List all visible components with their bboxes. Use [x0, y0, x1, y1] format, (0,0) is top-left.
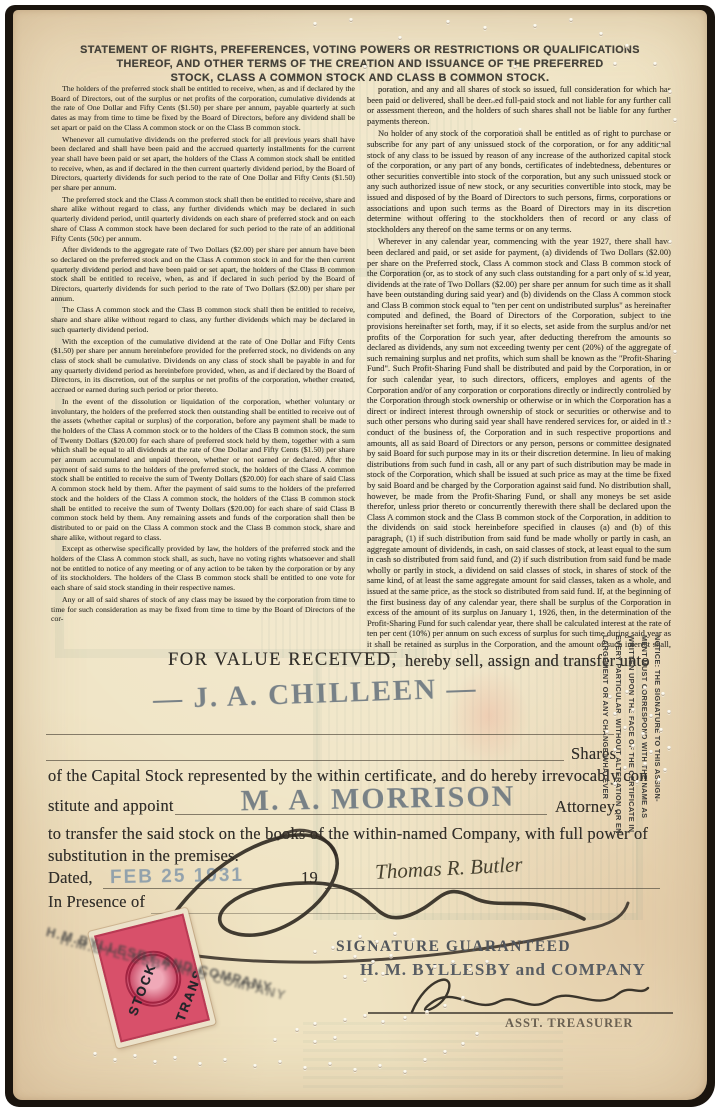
punch-hole: [363, 65, 367, 69]
punch-hole: [353, 955, 357, 959]
punch-hole: [569, 18, 573, 22]
punch-hole: [198, 1062, 202, 1066]
punch-hole: [273, 1038, 277, 1042]
legal-paragraph: After dividends to the aggregate rate of…: [51, 245, 355, 303]
punch-hole: [661, 310, 665, 314]
statement-header-line1: STATEMENT OF RIGHTS, PREFERENCES, VOTING…: [73, 43, 647, 57]
notice-line: LARGEMENT OR ANY CHANGE WHATEVER: [599, 635, 612, 875]
punch-hole: [665, 420, 669, 424]
punch-hole: [663, 768, 667, 772]
punch-hole: [313, 1022, 317, 1026]
punch-hole: [343, 975, 347, 979]
punch-hole: [331, 946, 335, 950]
punch-hole: [411, 938, 415, 942]
punch-hole: [358, 935, 362, 939]
assignment-notice: NOTICE: THE SIGNATURE TO THIS ASSIGN-MEN…: [598, 635, 664, 875]
punch-hole: [381, 1020, 385, 1024]
punch-hole: [343, 1018, 347, 1022]
punch-hole: [113, 1058, 117, 1062]
punch-hole: [613, 748, 617, 752]
legal-paragraph: With the exception of the cumulative div…: [51, 337, 355, 395]
punch-hole: [461, 996, 465, 1000]
punch-hole: [93, 1052, 97, 1056]
legal-paragraph: Any or all of said shares of stock of an…: [51, 595, 355, 624]
right-column: poration, and any and all shares of stoc…: [367, 84, 671, 650]
legal-paragraph: Whenever all cumulative dividends on the…: [51, 135, 355, 193]
punch-hole: [625, 690, 629, 694]
punch-hole: [631, 744, 635, 748]
punch-hole: [673, 118, 677, 122]
statement-header: STATEMENT OF RIGHTS, PREFERENCES, VOTING…: [73, 43, 647, 85]
punch-hole: [643, 686, 647, 690]
legal-paragraph: No holder of any stock of the corporatio…: [367, 128, 671, 234]
punch-hole: [433, 965, 437, 969]
punch-hole: [333, 1036, 337, 1040]
punch-hole: [653, 210, 657, 214]
punch-hole: [483, 26, 487, 30]
punch-hole: [605, 730, 609, 734]
punch-hole: [599, 32, 603, 36]
punch-hole: [389, 954, 393, 958]
legal-paragraph: Except as otherwise specifically provide…: [51, 544, 355, 593]
punch-hole: [649, 385, 653, 389]
legal-paragraph: In the event of the dissolution or liqui…: [51, 397, 355, 543]
punch-hole: [278, 1060, 282, 1064]
legal-paragraph: The holders of the preferred stock shall…: [51, 84, 355, 133]
left-column: The holders of the preferred stock shall…: [51, 84, 355, 650]
punch-hole: [668, 240, 672, 244]
punch-hole: [667, 710, 671, 714]
punch-hole: [643, 762, 647, 766]
punch-hole: [659, 728, 663, 732]
punch-hole: [658, 144, 662, 148]
notice-line: WRITTEN UPON THE FACE OF THE CERTIFICATE…: [625, 635, 638, 875]
punch-hole: [398, 36, 402, 40]
punch-hole: [403, 1070, 407, 1074]
punch-hole: [608, 695, 612, 699]
asst-treasurer-label: ASST. TREASURER: [505, 1016, 633, 1031]
punch-hole: [468, 968, 472, 972]
punch-hole: [223, 1058, 227, 1062]
punch-hole: [631, 708, 635, 712]
punch-hole: [613, 712, 617, 716]
punch-hole: [623, 766, 627, 770]
punch-hole: [643, 272, 647, 276]
writing-line: [46, 734, 614, 735]
punch-hole: [485, 960, 489, 964]
notice-line: NOTICE: THE SIGNATURE TO THIS ASSIGN-: [651, 635, 664, 875]
punch-hole: [173, 1056, 177, 1060]
punch-hole: [446, 20, 450, 24]
punch-hole: [649, 750, 653, 754]
punch-hole: [657, 778, 661, 782]
punch-hole: [443, 1004, 447, 1008]
signature-guaranteed-label: SIGNATURE GUARANTEED: [336, 938, 571, 956]
punch-hole: [613, 62, 617, 66]
punch-hole: [133, 1054, 137, 1058]
punch-hole: [623, 726, 627, 730]
punch-hole: [461, 1042, 465, 1046]
punch-hole: [295, 1028, 299, 1032]
punch-hole: [425, 1010, 429, 1014]
punch-hole: [625, 44, 629, 48]
punch-hole: [363, 1014, 367, 1018]
punch-hole: [153, 1060, 157, 1064]
legal-paragraph: The Class A common stock and the Class B…: [51, 305, 355, 334]
notice-line: EVERY PARTICULAR, WITHOUT ALTERATION OR …: [612, 635, 625, 875]
punch-hole: [613, 782, 617, 786]
punch-hole: [653, 62, 657, 66]
certificate-back: STATEMENT OF RIGHTS, PREFERENCES, VOTING…: [13, 10, 707, 1100]
statement-header-line2: THEREOF, AND OTHER TERMS OF THE CREATION…: [73, 57, 647, 71]
punch-hole: [313, 22, 317, 26]
punch-hole: [451, 960, 455, 964]
for-value-received-label: FOR VALUE RECEIVED,: [168, 650, 398, 671]
punch-hole: [635, 780, 639, 784]
punch-hole: [253, 1064, 257, 1068]
guarantee-signature-line: [368, 1012, 673, 1014]
punch-hole: [349, 18, 353, 22]
writing-line: [46, 760, 564, 761]
writing-line: [339, 652, 397, 653]
punch-hole: [518, 128, 522, 132]
punch-hole: [303, 1066, 307, 1070]
punch-hole: [375, 940, 379, 944]
punch-hole: [475, 1032, 479, 1036]
legal-paragraph: poration, and any and all shares of stoc…: [367, 84, 671, 126]
dated-label: Dated,: [48, 868, 93, 888]
notice-line: MENT MUST CORRESPOND WITH THE NAME AS: [638, 635, 651, 875]
punch-hole: [667, 746, 671, 750]
punch-hole: [363, 978, 367, 982]
punch-hole: [381, 972, 385, 976]
punch-hole: [661, 692, 665, 696]
punch-hole: [378, 1064, 382, 1068]
punch-hole: [371, 960, 375, 964]
punch-hole: [533, 24, 537, 28]
punch-hole: [393, 932, 397, 936]
punch-hole: [673, 350, 677, 354]
punch-hole: [668, 90, 672, 94]
punch-hole: [641, 732, 645, 736]
punch-hole: [649, 714, 653, 718]
punch-hole: [313, 1040, 317, 1044]
legal-paragraph: Wherever in any calendar year, commencin…: [367, 236, 671, 650]
legal-text-columns: The holders of the preferred stock shall…: [51, 84, 671, 650]
punch-hole: [403, 1016, 407, 1020]
punch-hole: [423, 1058, 427, 1062]
punch-hole: [513, 65, 517, 69]
punch-hole: [313, 950, 317, 954]
punch-hole: [328, 1062, 332, 1066]
punch-hole: [353, 1068, 357, 1072]
statement-header-line3: STOCK, CLASS A COMMON STOCK AND CLASS B …: [73, 71, 647, 85]
legal-paragraph: The preferred stock and the Class A comm…: [51, 195, 355, 244]
punch-hole: [443, 1050, 447, 1054]
punch-hole: [491, 98, 495, 102]
